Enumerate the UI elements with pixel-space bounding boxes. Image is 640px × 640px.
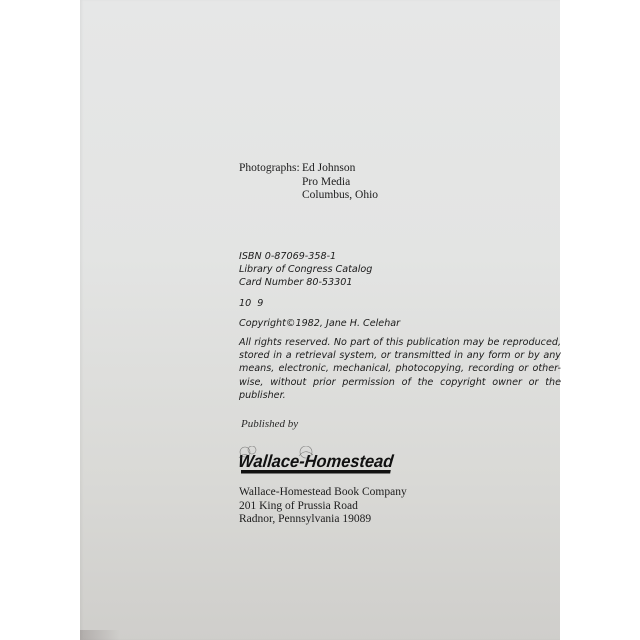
catalog-info: ISBN 0-87069-358-1 Library of Congress C…: [239, 250, 372, 290]
city-state-zip: Radnor, Pennsylvania 19089: [239, 513, 407, 527]
published-by-label: Published by: [241, 418, 298, 430]
copyright-notice: Copyright©1982, Jane H. Celehar: [239, 317, 400, 330]
street-address: 201 King of Prussia Road: [239, 500, 407, 514]
credit-line: Ed Johnson: [302, 162, 378, 176]
card-number: Card Number 80-53301: [239, 276, 372, 289]
credit-line: Columbus, Ohio: [302, 189, 378, 203]
book-page: Photographs: Ed Johnson Pro Media Columb…: [80, 0, 560, 640]
library-of-congress: Library of Congress Catalog: [239, 263, 372, 276]
photo-credits: Photographs: Ed Johnson Pro Media Columb…: [239, 162, 378, 203]
printing-line: 10 9: [239, 297, 263, 310]
credit-line: Pro Media: [302, 176, 378, 190]
publisher-name: Wallace-Homestead Book Company: [239, 486, 407, 500]
photographs-credit-lines: Ed Johnson Pro Media Columbus, Ohio: [302, 162, 378, 203]
publisher-address: Wallace-Homestead Book Company 201 King …: [239, 486, 407, 527]
logo-text: Wallace-Homestead: [237, 451, 395, 471]
photographs-label: Photographs:: [239, 162, 302, 203]
rights-reserved-notice: All rights reserved. No part of this pub…: [239, 336, 561, 402]
wallace-homestead-logo: Wallace-Homestead: [237, 446, 399, 478]
isbn: ISBN 0-87069-358-1: [239, 250, 372, 263]
